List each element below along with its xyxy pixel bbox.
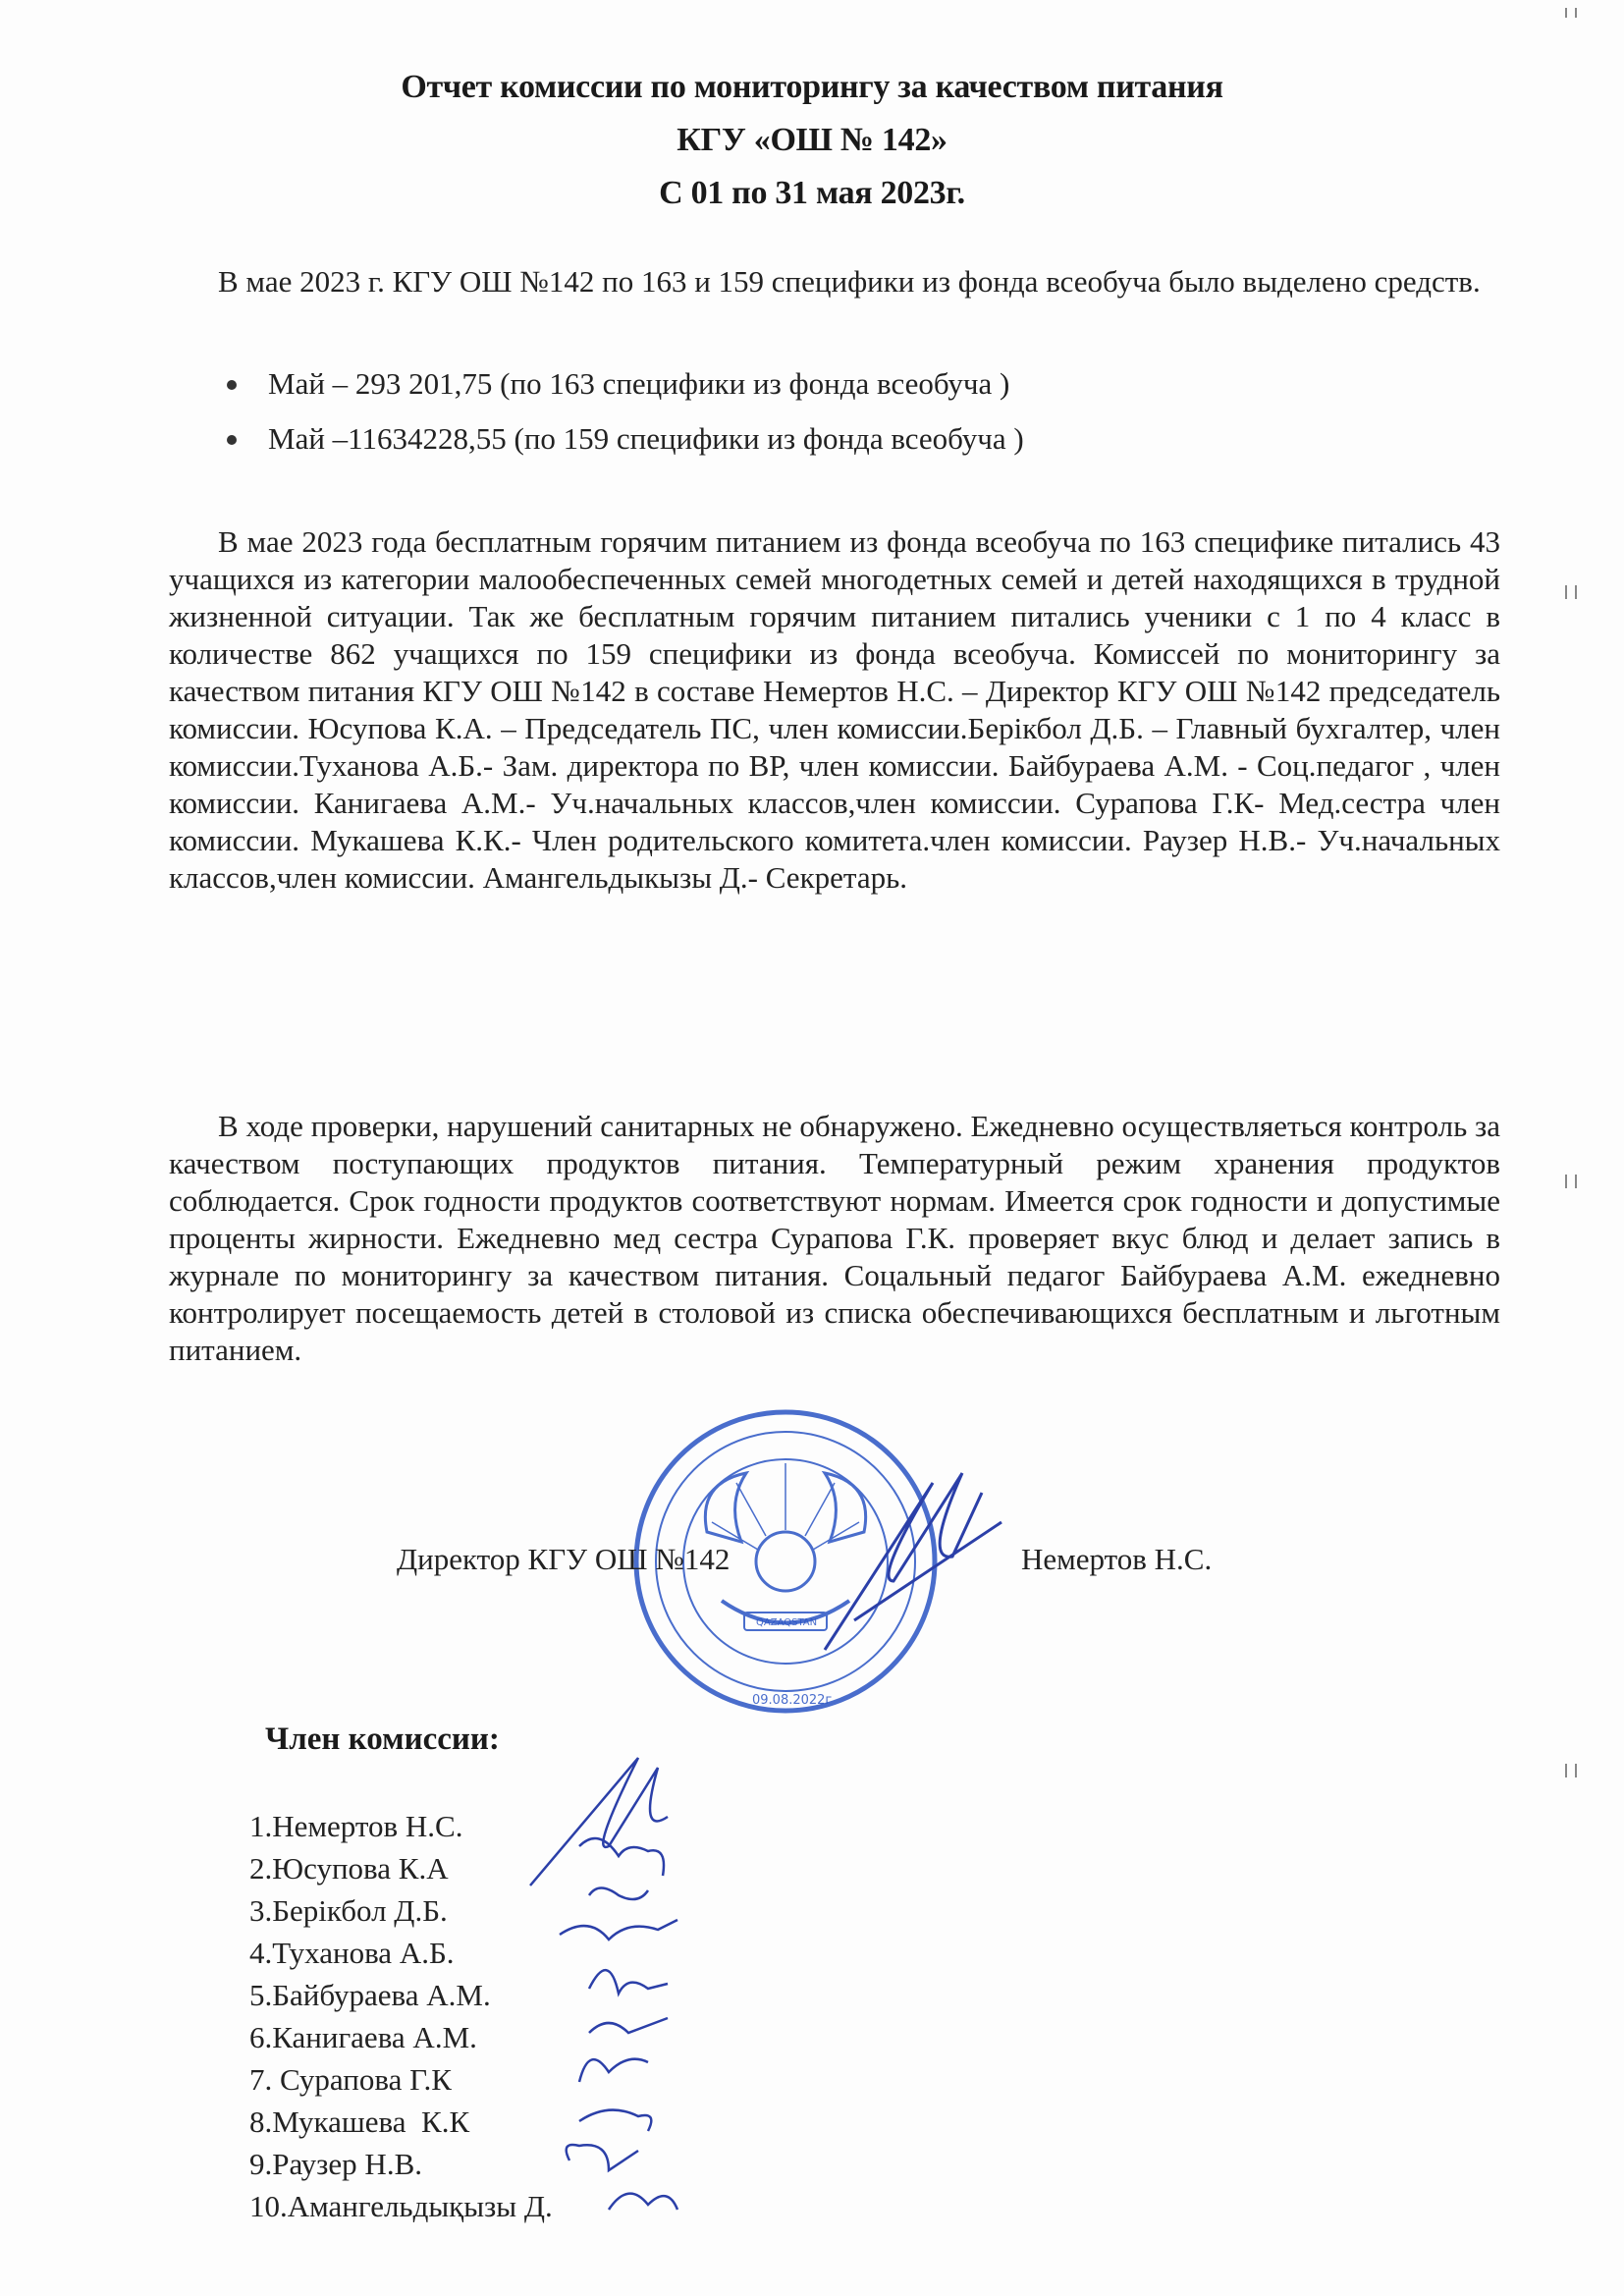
members-heading: Член комиссии: — [265, 1722, 500, 1758]
title-line-3: С 01 по 31 мая 2023г. — [0, 167, 1624, 220]
director-signature-icon — [815, 1463, 1011, 1660]
scan-edge-mark — [1565, 1764, 1567, 1777]
director-name: Немертов Н.С. — [1021, 1542, 1212, 1577]
bullet-icon — [227, 435, 237, 445]
scan-edge-mark — [1565, 8, 1567, 18]
scan-edge-mark — [1575, 585, 1577, 599]
svg-text:QAZAQSTAN: QAZAQSTAN — [756, 1617, 817, 1628]
document-title: Отчет комиссии по мониторингу за качеств… — [0, 61, 1624, 220]
members-list: 1.Немертов Н.С. 2.Юсупова К.А 3.Берікбол… — [249, 1805, 553, 2227]
member-item: 4.Туханова А.Б. — [249, 1932, 553, 1974]
member-item: 10.Амангельдықызы Д. — [249, 2185, 553, 2227]
scan-edge-mark — [1575, 1764, 1577, 1777]
member-item: 3.Берікбол Д.Б. — [249, 1889, 553, 1932]
inspection-paragraph: В ходе проверки, нарушений санитарных не… — [169, 1108, 1500, 1369]
scan-edge-mark — [1565, 1175, 1567, 1188]
title-line-1: Отчет комиссии по мониторингу за качеств… — [0, 61, 1624, 114]
scan-edge-mark — [1575, 8, 1577, 18]
funding-list: Май – 293 201,75 (по 163 специфики из фо… — [221, 356, 1024, 466]
title-line-2: КГУ «ОШ № 142» — [0, 114, 1624, 167]
member-signatures-icon — [520, 1748, 776, 2219]
member-item: 5.Байбураева А.М. — [249, 1974, 553, 2016]
member-item: 2.Юсупова К.А — [249, 1847, 553, 1889]
document-page: Отчет комиссии по мониторингу за качеств… — [0, 0, 1624, 2296]
member-item: 8.Мукашева К.К — [249, 2101, 553, 2143]
member-item: 1.Немертов Н.С. — [249, 1805, 553, 1847]
director-title: Директор КГУ ОШ №142 — [397, 1542, 730, 1577]
member-item: 6.Канигаева А.М. — [249, 2016, 553, 2058]
funding-item: Май –11634228,55 (по 159 специфики из фо… — [221, 411, 1024, 466]
scan-edge-mark — [1565, 585, 1567, 599]
funding-intro-paragraph: В мае 2023 г. КГУ ОШ №142 по 163 и 159 с… — [169, 263, 1500, 301]
scan-edge-mark — [1575, 1175, 1577, 1188]
commission-paragraph: В мае 2023 года бесплатным горячим питан… — [169, 523, 1500, 897]
funding-item: Май – 293 201,75 (по 163 специфики из фо… — [221, 356, 1024, 411]
svg-text:09.08.2022г: 09.08.2022г — [752, 1693, 832, 1708]
member-item: 9.Раузер Н.В. — [249, 2143, 553, 2185]
member-item: 7. Сурапова Г.К — [249, 2058, 553, 2101]
bullet-icon — [227, 380, 237, 390]
